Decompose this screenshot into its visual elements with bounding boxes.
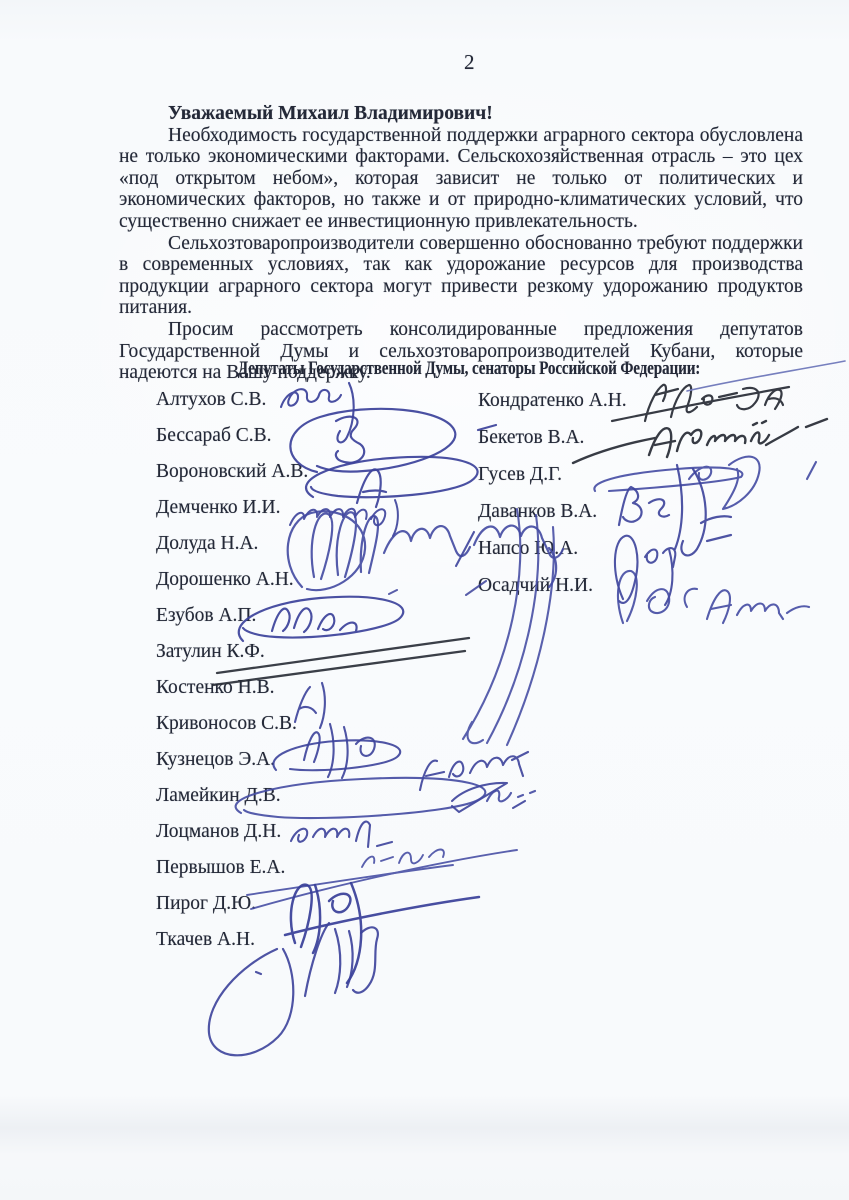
signatory-name: Демченко И.И. bbox=[156, 497, 308, 533]
signatory-name: Ламейкин Д.В. bbox=[156, 785, 308, 821]
signatory-name: Кондратенко А.Н. bbox=[478, 390, 627, 427]
signature-gusev bbox=[594, 457, 816, 509]
signatory-name: Бессараб С.В. bbox=[156, 425, 308, 461]
signatory-name: Осадчий Н.И. bbox=[478, 575, 627, 612]
signatory-name: Кривоносов С.В. bbox=[156, 713, 308, 749]
salutation: Уважаемый Михаил Владимирович! bbox=[119, 103, 803, 125]
signatories-column-left: Алтухов С.В. Бессараб С.В. Вороновский А… bbox=[156, 389, 308, 965]
signatory-name: Бекетов В.А. bbox=[478, 427, 627, 464]
signature-voronovskiy bbox=[306, 457, 478, 507]
paragraph-2: Сельхозтоваропроизводители совершенно об… bbox=[119, 233, 803, 319]
signature-doroshenko bbox=[389, 581, 486, 595]
signatory-name: Напсо Ю.А. bbox=[478, 538, 627, 575]
signatory-name: Долуда Н.А. bbox=[156, 533, 308, 569]
signatory-name: Дорошенко А.Н. bbox=[156, 569, 308, 605]
signatory-name: Пирог Д.Ю. bbox=[156, 893, 308, 929]
signatory-name: Вороновский А.В. bbox=[156, 461, 308, 497]
signatory-name: Кузнецов Э.А. bbox=[156, 749, 308, 785]
signatory-name: Первышов Е.А. bbox=[156, 857, 308, 893]
paragraph-1: Необходимость государственной поддержки … bbox=[119, 125, 803, 233]
signature-davankov bbox=[619, 465, 731, 555]
signatory-name: Гусев Д.Г. bbox=[478, 464, 627, 501]
signature-bessarab bbox=[290, 409, 496, 472]
signature-pirog bbox=[285, 883, 479, 983]
signatory-name: Костенко Н.В. bbox=[156, 677, 308, 713]
signatories-column-right: Кондратенко А.Н. Бекетов В.А. Гусев Д.Г.… bbox=[478, 390, 627, 612]
scanned-letter-page: 2 Уважаемый Михаил Владимирович! Необход… bbox=[0, 0, 849, 1200]
signatory-name: Ткачев А.Н. bbox=[156, 929, 308, 965]
signatories-heading: Депутаты Государственной Думы, сенаторы … bbox=[238, 358, 700, 380]
signature-krivonosov bbox=[304, 724, 375, 778]
signature-osadchiy bbox=[618, 571, 809, 623]
signatory-name: Затулин К.Ф. bbox=[156, 641, 308, 677]
signatory-name: Даванков В.А. bbox=[478, 501, 627, 538]
signatories-heading-row: Депутаты Государственной Думы, сенаторы … bbox=[119, 358, 819, 380]
signatory-name: Лоцманов Д.Н. bbox=[156, 821, 308, 857]
signatory-name: Алтухов С.В. bbox=[156, 389, 308, 425]
signatory-name: Езубов А.П. bbox=[156, 605, 308, 641]
letter-body: Уважаемый Михаил Владимирович! Необходим… bbox=[119, 103, 803, 384]
signature-kuznetsov bbox=[273, 740, 528, 812]
page-number: 2 bbox=[464, 50, 475, 75]
